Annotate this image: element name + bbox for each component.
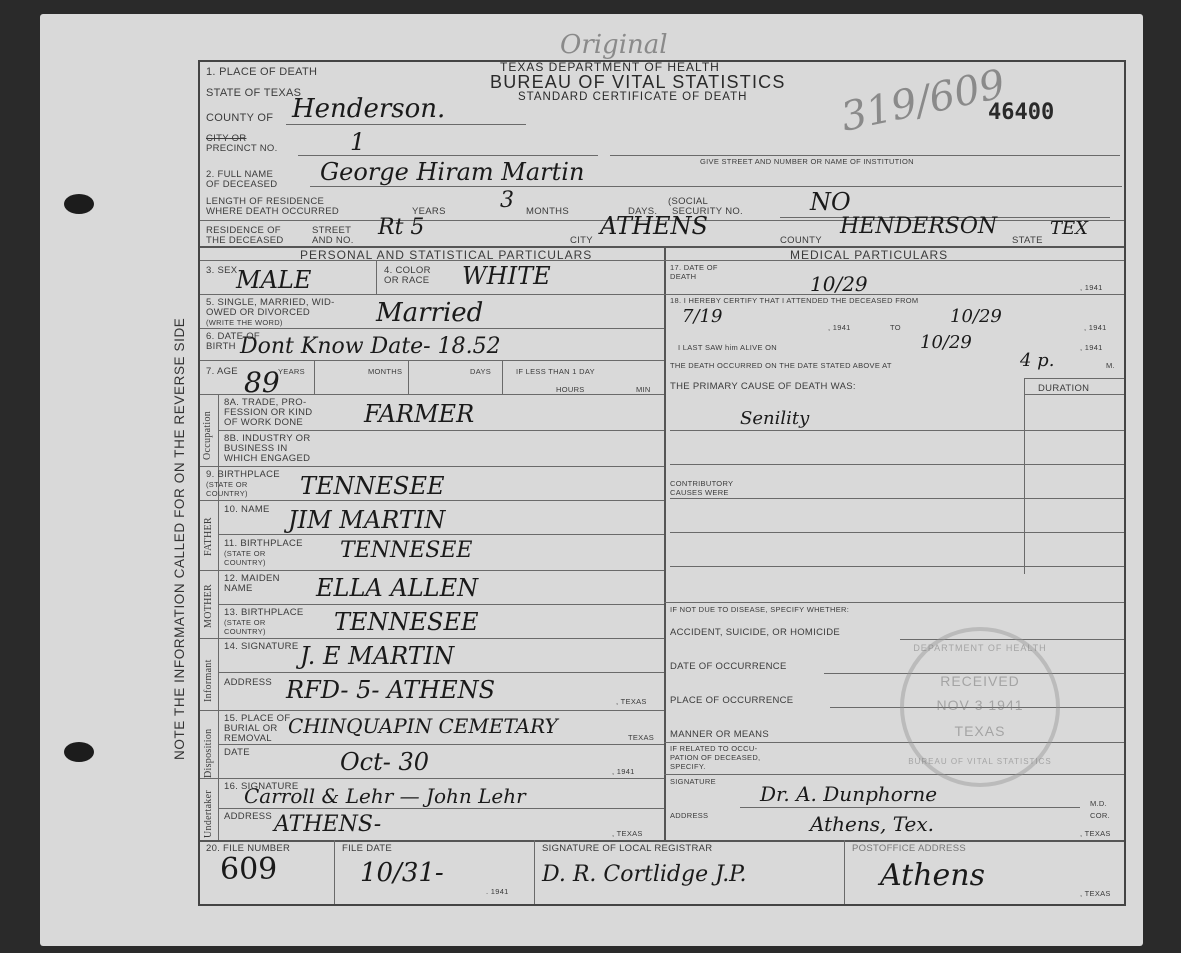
side-note: NOTE THE INFORMATION CALLED FOR ON THE R…: [172, 318, 187, 760]
institution-hint: GIVE STREET AND NUMBER OR NAME OF INSTIT…: [700, 158, 914, 166]
attended-to-year: , 1941: [1084, 324, 1107, 332]
hours-label: HOURS: [556, 386, 585, 394]
county-label: COUNTY OF: [206, 112, 273, 124]
occupation-related-label-3: SPECIFY.: [670, 763, 706, 771]
contributory-label: CONTRIBUTORY: [670, 480, 733, 488]
registrar-signature-value: D. R. Cortlidge J.P.: [542, 862, 747, 887]
stamp-received: RECEIVED: [904, 673, 1056, 689]
cor-label: COR.: [1090, 812, 1110, 820]
father-name-value: JIM MARTIN: [288, 506, 445, 534]
undertaker-group-label: Undertaker: [203, 790, 214, 838]
city-label-res: CITY: [570, 236, 593, 246]
mother-group-label: MOTHER: [203, 584, 214, 628]
time-suffix: M.: [1106, 362, 1115, 370]
informant-signature-label: 14. SIGNATURE: [224, 642, 298, 652]
occupation-group-label: Occupation: [202, 411, 213, 460]
burial-date-label: DATE: [224, 748, 250, 758]
received-stamp: DEPARTMENT OF HEALTH RECEIVED NOV 3 1941…: [900, 627, 1060, 787]
time-label: THE DEATH OCCURRED ON THE DATE STATED AB…: [670, 362, 892, 370]
primary-cause-label: THE PRIMARY CAUSE OF DEATH WAS:: [670, 382, 856, 392]
informant-group-label: Informant: [203, 659, 214, 702]
form-title: STANDARD CERTIFICATE OF DEATH: [518, 91, 747, 103]
mother-maiden-label-2: NAME: [224, 584, 253, 594]
stamp-ring-top: DEPARTMENT OF HEALTH: [904, 643, 1056, 653]
occupation-related-label: IF RELATED TO OCCU-: [670, 745, 757, 753]
residence-label-2: THE DECEASED: [206, 236, 284, 246]
physician-signature-value: Dr. A. Dunphorne: [760, 782, 937, 806]
last-saw-value: 10/29: [920, 332, 972, 353]
stamp-date: NOV 3 1941: [904, 697, 1056, 713]
pencil-note-original: Original: [560, 30, 668, 60]
informant-address-value: RFD- 5- ATHENS: [286, 676, 495, 704]
certificate-number: 46400: [988, 100, 1054, 125]
race-label-2: OR RACE: [384, 276, 429, 286]
precinct-label: PRECINCT NO.: [206, 144, 278, 154]
residence-length-label-2: WHERE DEATH OCCURRED: [206, 207, 339, 217]
informant-address-label: ADDRESS: [224, 678, 272, 688]
informant-signature-value: J. E MARTIN: [300, 642, 454, 670]
physician-address-label: ADDRESS: [670, 812, 708, 820]
county-value: Henderson.: [292, 94, 445, 124]
less-than-day-label: IF LESS THAN 1 DAY: [516, 368, 595, 376]
precinct-value: 1: [350, 128, 365, 156]
death-year: , 1941: [1080, 284, 1103, 292]
file-date-year: . 1941: [486, 888, 509, 896]
undertaker-address-label: ADDRESS: [224, 812, 272, 822]
burial-year: , 1941: [612, 768, 635, 776]
undertaker-address-suffix: , TEXAS: [612, 830, 643, 838]
sex-value: MALE: [236, 266, 311, 294]
death-date-label-2: DEATH: [670, 273, 696, 281]
father-birthplace-value: TENNESEE: [340, 538, 472, 563]
stamp-state: TEXAS: [904, 723, 1056, 739]
trade-value: FARMER: [364, 400, 474, 428]
death-certificate-form: 1. PLACE OF DEATH TEXAS DEPARTMENT OF HE…: [198, 60, 1126, 906]
birthplace-label-2: (STATE OR: [206, 481, 248, 489]
pencil-note-number: 319/609: [837, 61, 1009, 141]
father-name-label: 10. NAME: [224, 505, 270, 515]
burial-place-value: CHINQUAPIN CEMETARY: [288, 714, 558, 738]
marital-value: Married: [376, 298, 483, 328]
disposition-group-label: Disposition: [203, 729, 214, 778]
primary-cause-value: Senility: [740, 408, 809, 429]
attended-from-year: , 1941: [828, 324, 851, 332]
file-number-value: 609: [220, 852, 277, 887]
death-date-value: 10/29: [810, 272, 868, 296]
occupation-related-label-2: PATION OF DECEASED,: [670, 754, 760, 762]
attended-from-value: 7/19: [682, 306, 722, 327]
city-value: ATHENS: [600, 212, 708, 240]
father-birthplace-label: 11. BIRTHPLACE: [224, 539, 303, 549]
industry-label-3: WHICH ENGAGED: [224, 454, 310, 464]
street-value: Rt 5: [378, 215, 424, 240]
not-disease-label: IF NOT DUE TO DISEASE, SPECIFY WHETHER:: [670, 606, 849, 614]
county-label-res: COUNTY: [780, 236, 822, 246]
physician-signature-label: SIGNATURE: [670, 778, 716, 786]
age-months-label: MONTHS: [368, 368, 402, 376]
marital-label-2: OWED OR DIVORCED: [206, 308, 310, 318]
father-group-label: FATHER: [203, 517, 214, 556]
mother-birthplace-label-3: COUNTRY): [224, 628, 266, 636]
duration-label: DURATION: [1038, 384, 1089, 394]
file-date-value: 10/31-: [360, 858, 444, 888]
age-label: 7. AGE: [206, 367, 238, 377]
street-label-2: AND NO.: [312, 236, 354, 246]
full-name-label-2: OF DECEASED: [206, 180, 277, 190]
race-value: WHITE: [462, 262, 551, 290]
mother-birthplace-value: TENNESEE: [334, 608, 479, 636]
undertaker-signature-value: Carroll & Lehr — John Lehr: [244, 784, 526, 808]
res-county-value: HENDERSON: [840, 214, 997, 239]
last-saw-year: , 1941: [1080, 344, 1103, 352]
marital-label-3: (WRITE THE WORD): [206, 319, 283, 327]
birthplace-label-3: COUNTRY): [206, 490, 248, 498]
postoffice-value: Athens: [880, 858, 985, 893]
mother-birthplace-label: 13. BIRTHPLACE: [224, 608, 304, 618]
father-birthplace-label-2: (STATE OR: [224, 550, 266, 558]
occurrence-place-label: PLACE OF OCCURRENCE: [670, 696, 793, 706]
bureau-title: BUREAU OF VITAL STATISTICS: [490, 72, 786, 93]
contributory-label-2: CAUSES WERE: [670, 489, 729, 497]
certify-label: 18. I HEREBY CERTIFY THAT I ATTENDED THE…: [670, 297, 918, 305]
attended-to-value: 10/29: [950, 306, 1002, 327]
manner-label: MANNER OR MEANS: [670, 730, 769, 740]
to-label: TO: [890, 324, 901, 332]
accident-label: ACCIDENT, SUICIDE, OR HOMICIDE: [670, 628, 840, 638]
physician-address-value: Athens, Tex.: [810, 812, 934, 836]
age-days-label: DAYS: [470, 368, 491, 376]
state-value: TEX: [1050, 218, 1088, 239]
md-label: M.D.: [1090, 800, 1107, 808]
place-of-death-label: 1. PLACE OF DEATH: [206, 66, 317, 78]
postoffice-label: POSTOFFICE ADDRESS: [852, 844, 966, 854]
state-label: STATE OF TEXAS: [206, 87, 301, 99]
time-value: 4 p.: [1020, 350, 1054, 371]
birth-label-2: BIRTH: [206, 342, 236, 352]
father-birthplace-label-3: COUNTRY): [224, 559, 266, 567]
mother-maiden-value: ELLA ALLEN: [316, 574, 478, 602]
registrar-label: SIGNATURE OF LOCAL REGISTRAR: [542, 844, 712, 854]
postoffice-suffix: , TEXAS: [1080, 890, 1111, 898]
birthplace-value: TENNESEE: [300, 472, 445, 500]
min-label: MIN: [636, 386, 651, 394]
birth-value: Dont Know Date- 18.52: [240, 334, 501, 359]
file-date-label: FILE DATE: [342, 844, 392, 854]
mother-birthplace-label-2: (STATE OR: [224, 619, 266, 627]
deceased-name-value: George Hiram Martin: [320, 158, 584, 186]
burial-suffix: TEXAS: [628, 734, 654, 742]
burial-date-value: Oct- 30: [340, 748, 429, 776]
last-saw-label: I LAST SAW him ALIVE ON: [678, 344, 777, 352]
sex-label: 3. SEX: [206, 266, 237, 276]
informant-address-suffix: , TEXAS: [616, 698, 647, 706]
trade-label-3: OF WORK DONE: [224, 418, 303, 428]
death-date-label: 17. DATE OF: [670, 264, 718, 272]
ssn-value: NO: [810, 188, 851, 216]
punch-hole: [64, 194, 94, 214]
state-label-res: STATE: [1012, 236, 1043, 246]
burial-label-3: REMOVAL: [224, 734, 272, 744]
punch-hole: [64, 742, 94, 762]
residence-months-value: 3: [500, 188, 514, 213]
months-label: MONTHS: [526, 207, 569, 217]
stamp-ring-bottom: BUREAU OF VITAL STATISTICS: [904, 757, 1056, 766]
age-years-label: YEARS: [278, 368, 305, 376]
undertaker-address-value: ATHENS-: [274, 812, 381, 837]
occurrence-date-label: DATE OF OCCURRENCE: [670, 662, 787, 672]
physician-address-suffix: , TEXAS: [1080, 830, 1111, 838]
birthplace-label: 9. BIRTHPLACE: [206, 470, 280, 480]
